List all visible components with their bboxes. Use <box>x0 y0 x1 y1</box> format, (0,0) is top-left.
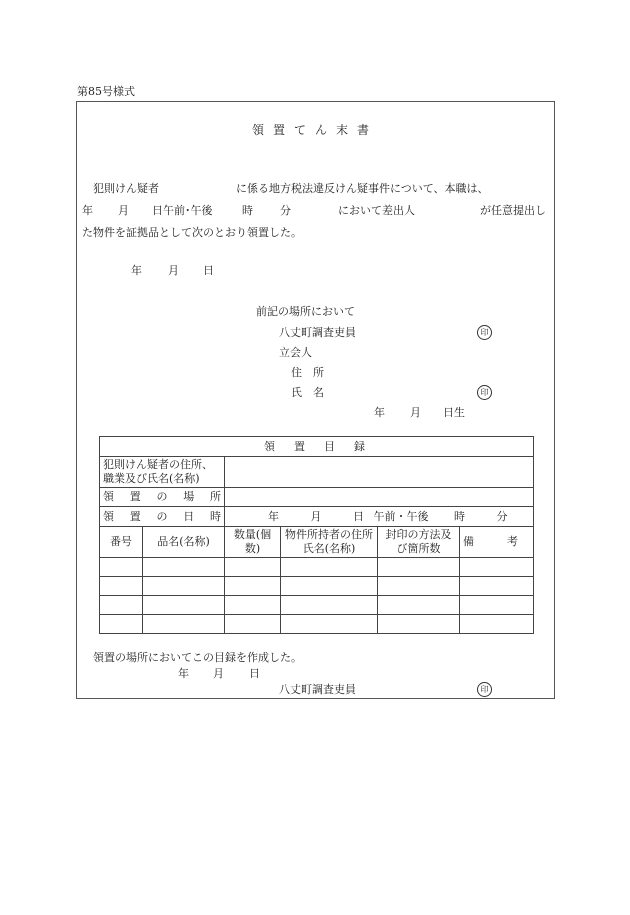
body-line1-a: 犯則けん疑者 <box>93 183 159 194</box>
suspect-info-label: 犯則けん疑者の住所、職業及び氏名(名称) <box>100 457 225 488</box>
cell[interactable] <box>100 615 143 634</box>
cell[interactable] <box>143 558 225 577</box>
cell[interactable] <box>100 558 143 577</box>
cell[interactable] <box>281 558 378 577</box>
cell[interactable] <box>378 558 460 577</box>
dt-year: 年 <box>268 510 279 523</box>
seizure-place-label: 領置の場所 <box>100 488 225 507</box>
col-header-number: 番号 <box>100 527 143 558</box>
cell[interactable] <box>100 577 143 596</box>
col-header-quantity: 数量(個数) <box>225 527 281 558</box>
body-minute: 分 <box>280 205 291 216</box>
dt-minute: 分 <box>497 510 508 523</box>
birth-year: 年 <box>374 407 385 418</box>
seizure-datetime-value[interactable]: 年 月 日 午前・午後 時 分 <box>225 507 534 527</box>
seizure-place-value[interactable] <box>225 488 534 507</box>
col-header-owner: 物件所持者の住所氏名(名称) <box>281 527 378 558</box>
inventory-table: 領 置 目 録 犯則けん疑者の住所、職業及び氏名(名称) 領置の場所 領置の日時… <box>99 436 534 634</box>
footer-month: 月 <box>213 668 224 679</box>
date-month: 月 <box>168 265 179 276</box>
date-day: 日 <box>203 265 214 276</box>
col-header-remarks: 備 考 <box>460 527 534 558</box>
cell[interactable] <box>460 558 534 577</box>
footer-year: 年 <box>178 668 189 679</box>
dt-ampm: 午前・午後 <box>374 510 429 523</box>
body-hour: 時 <box>242 205 253 216</box>
table-row <box>100 615 534 634</box>
cell[interactable] <box>225 615 281 634</box>
cell[interactable] <box>225 558 281 577</box>
footer-day: 日 <box>249 668 260 679</box>
footer-statement: 領置の場所においてこの目録を作成した。 <box>93 652 302 663</box>
place-statement: 前記の場所において <box>256 306 355 317</box>
cell[interactable] <box>225 596 281 615</box>
body-line2-b: において差出人 <box>338 205 415 216</box>
dt-day: 日 <box>353 510 364 523</box>
footer-official: 八丈町調査吏員 <box>279 684 356 695</box>
body-line2-c: が任意提出し <box>480 205 546 216</box>
seal-icon: 印 <box>477 385 492 400</box>
inventory-title: 領 置 目 録 <box>100 437 534 457</box>
suspect-info-value[interactable] <box>225 457 534 488</box>
cell[interactable] <box>143 577 225 596</box>
birth-day: 日生 <box>443 407 465 418</box>
dt-month: 月 <box>311 510 322 523</box>
dt-hour: 時 <box>454 510 465 523</box>
seal-icon: 印 <box>477 325 492 340</box>
birth-month: 月 <box>410 407 421 418</box>
cell[interactable] <box>460 615 534 634</box>
table-row <box>100 558 534 577</box>
cell[interactable] <box>378 615 460 634</box>
cell[interactable] <box>378 577 460 596</box>
official-title: 八丈町調査吏員 <box>279 327 356 338</box>
body-line3: た物件を証拠品として次のとおり領置した。 <box>82 227 302 238</box>
cell[interactable] <box>143 596 225 615</box>
cell[interactable] <box>281 615 378 634</box>
body-line1-b: に係る地方税法違反けん疑事件について、本職は、 <box>236 183 489 194</box>
col-header-seal-method: 封印の方法及び箇所数 <box>378 527 460 558</box>
witness-address-label: 住 所 <box>291 367 324 378</box>
cell[interactable] <box>281 577 378 596</box>
cell[interactable] <box>143 615 225 634</box>
witness-name-label: 氏 名 <box>291 387 324 398</box>
table-row <box>100 596 534 615</box>
body-month: 月 <box>118 205 129 216</box>
witness-label: 立会人 <box>279 347 312 358</box>
cell[interactable] <box>378 596 460 615</box>
seal-icon: 印 <box>477 682 492 697</box>
form-number: 第85号様式 <box>77 86 135 97</box>
seizure-datetime-label: 領置の日時 <box>100 507 225 527</box>
table-row <box>100 577 534 596</box>
document-title: 領置てん末書 <box>0 124 630 136</box>
cell[interactable] <box>100 596 143 615</box>
body-year: 年 <box>82 205 93 216</box>
col-header-item-name: 品名(名称) <box>143 527 225 558</box>
date-year: 年 <box>131 265 142 276</box>
cell[interactable] <box>460 577 534 596</box>
cell[interactable] <box>460 596 534 615</box>
cell[interactable] <box>225 577 281 596</box>
cell[interactable] <box>281 596 378 615</box>
body-day-ampm: 日午前･午後 <box>152 205 213 216</box>
